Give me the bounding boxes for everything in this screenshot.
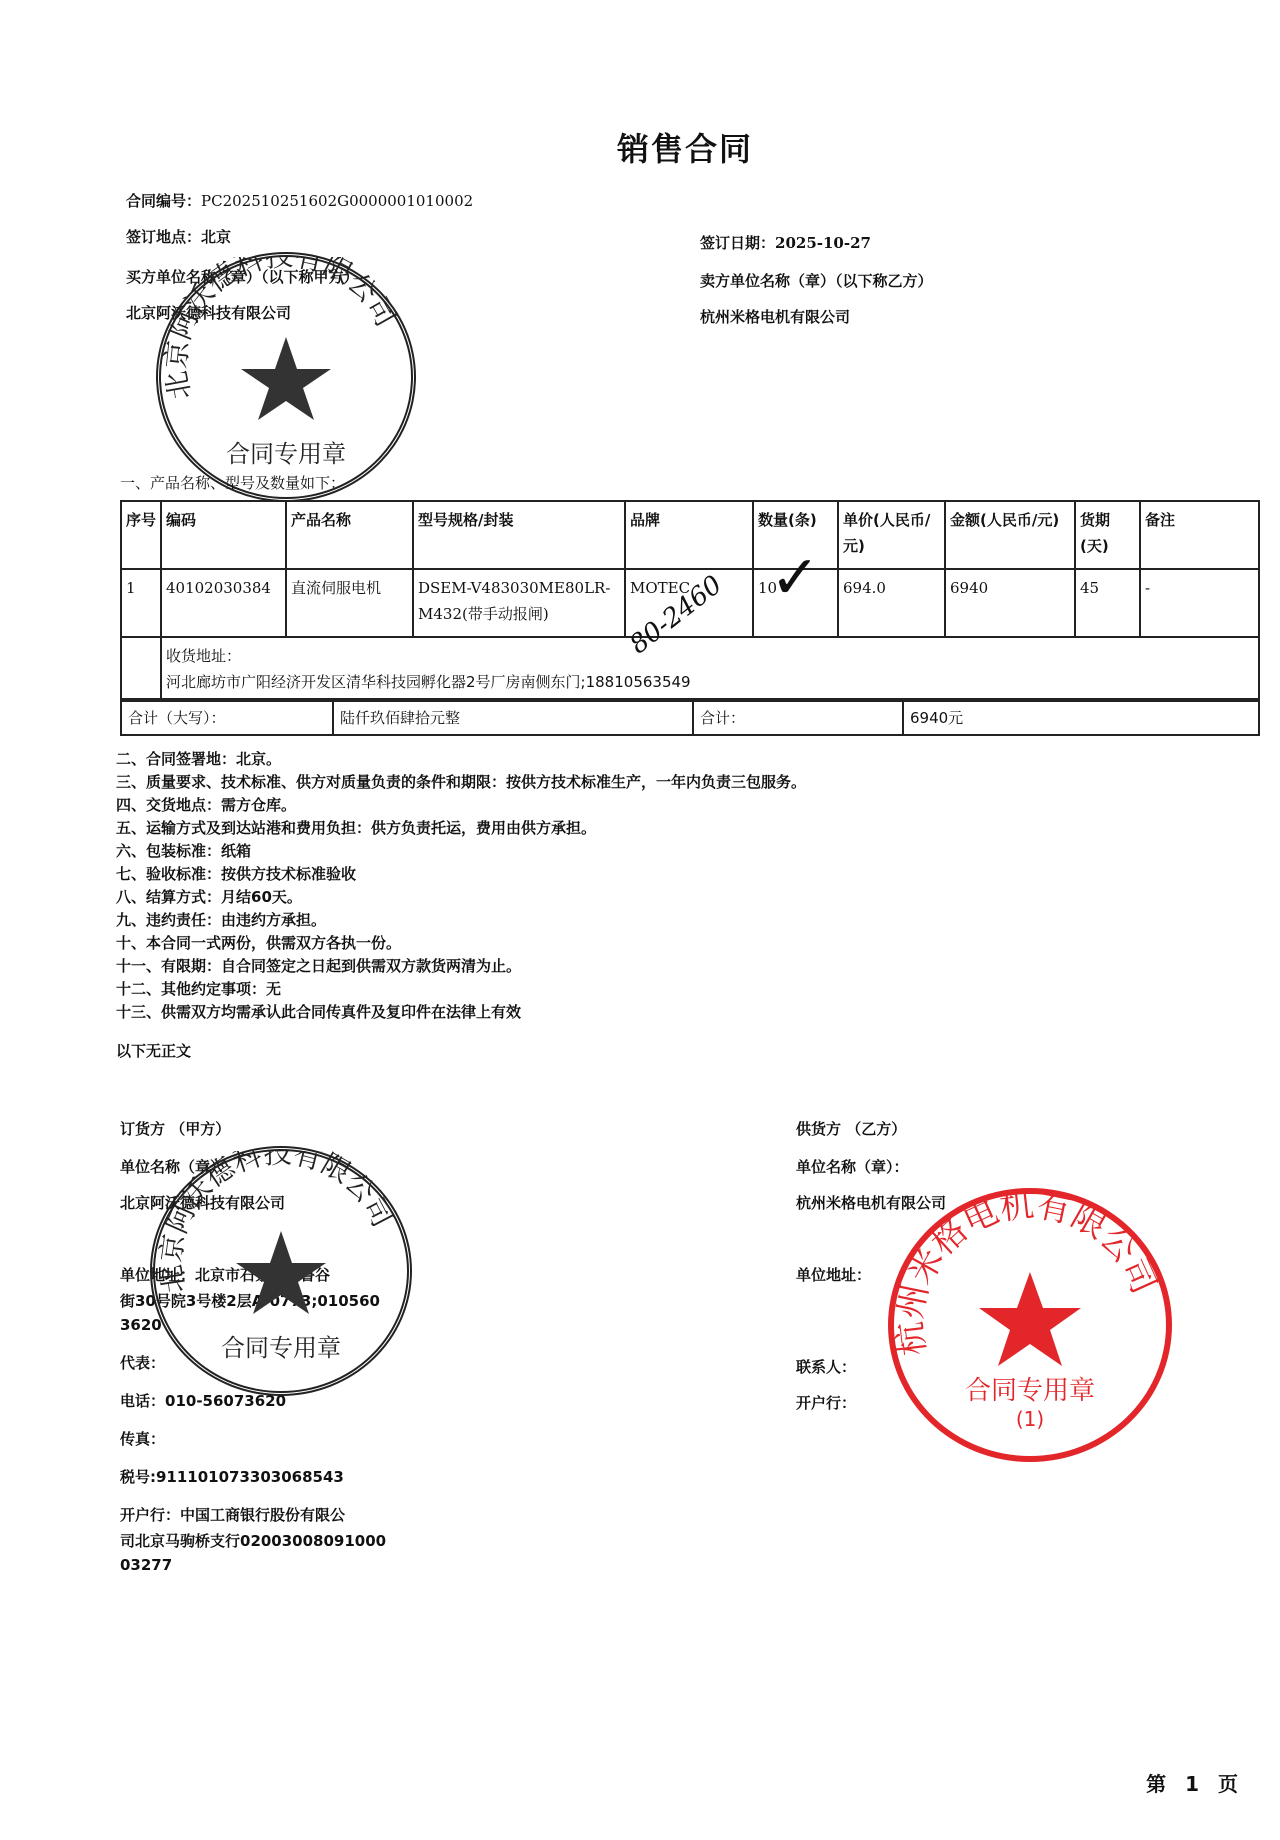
- sign-date-value: 2025-10-27: [775, 234, 871, 252]
- end-of-text: 以下无正文: [116, 1040, 191, 1061]
- col-header-model: 型号规格/封装: [413, 501, 625, 569]
- clause-10: 十、本合同一式两份，供需双方各执一份。: [116, 932, 401, 953]
- buyer-tax-value: 911101073303068543: [156, 1468, 344, 1486]
- buyer-stamp-graphic: 北京阿沃德科技有限公司 合同专用章: [161, 257, 411, 497]
- col-header-product: 产品名称: [286, 501, 413, 569]
- buyer-stamp-top: 北京阿沃德科技有限公司 合同专用章: [156, 252, 416, 502]
- cell-amount: 6940: [945, 569, 1075, 637]
- clause-9: 九、违约责任：由违约方承担。: [116, 909, 326, 930]
- clause-11: 十一、有限期：自合同签定之日起到供需双方款货两清为止。: [116, 955, 521, 976]
- buyer-fax-label: 传真：: [120, 1428, 165, 1449]
- address-label: 收货地址：: [166, 643, 1254, 669]
- cell-unit-price: 694.0: [838, 569, 945, 637]
- cell-seq: 1: [121, 569, 161, 637]
- seller-stamp-sub: 合同专用章: [965, 1376, 1095, 1406]
- clause-2: 二、合同签署地：北京。: [116, 748, 281, 769]
- clause-6: 六、包装标准：纸箱: [116, 840, 251, 861]
- seller-contact-label: 联系人：: [796, 1356, 856, 1377]
- document-title: 销售合同: [0, 124, 1280, 170]
- col-header-lead-time: 货期(天): [1075, 501, 1140, 569]
- table-header-row: 序号 编码 产品名称 型号规格/封装 品牌 数量(条) 单价(人民币/元) 金额…: [121, 501, 1259, 569]
- cell-product: 直流伺服电机: [286, 569, 413, 637]
- total-upper-label: 合计（大写）：: [121, 699, 333, 735]
- section1-heading: 一、产品名称、型号及数量如下：: [120, 472, 345, 493]
- seller-address-label: 单位地址：: [796, 1264, 871, 1285]
- totals-table: 合计（大写）： 陆仟玖佰肆拾元整 合计： 6940元: [120, 698, 1260, 736]
- buyer-stamp-sub-2: 合同专用章: [221, 1334, 341, 1362]
- total-value: 6940元: [903, 699, 1259, 735]
- buyer-stamp-graphic-2: 北京阿沃德科技有限公司 合同专用章: [155, 1151, 407, 1391]
- seller-block-heading: 供货方 （乙方）: [796, 1118, 906, 1139]
- seller-name: 杭州米格电机有限公司: [700, 306, 850, 327]
- cell-model: DSEM-V483030ME80LR-M432(带手动报闸): [413, 569, 625, 637]
- clause-8: 八、结算方式：月结60天。: [116, 886, 302, 907]
- buyer-stamp-sub: 合同专用章: [226, 440, 346, 468]
- buyer-stamp-bottom: 北京阿沃德科技有限公司 合同专用章: [150, 1146, 412, 1396]
- col-header-seq: 序号: [121, 501, 161, 569]
- cell-lead-time: 45: [1075, 569, 1140, 637]
- clause-4: 四、交货地点：需方仓库。: [116, 794, 296, 815]
- page-number: 第 1 页: [1146, 1768, 1244, 1797]
- cell-remark: -: [1140, 569, 1259, 637]
- sign-place: 签订地点：北京: [126, 226, 231, 247]
- col-header-brand: 品牌: [625, 501, 753, 569]
- sign-place-label: 签订地点：: [126, 228, 201, 246]
- total-upper-value: 陆仟玖佰肆拾元整: [333, 699, 693, 735]
- col-header-amount: 金额(人民币/元): [945, 501, 1075, 569]
- seller-unit-name-label: 单位名称（章）：: [796, 1156, 909, 1177]
- contract-number-label: 合同编号：: [126, 192, 201, 210]
- buyer-block-heading: 订货方 （甲方）: [120, 1118, 230, 1139]
- cell-code: 40102030384: [161, 569, 286, 637]
- sign-date: 签订日期：2025-10-27: [700, 232, 871, 253]
- seller-bank-label: 开户行：: [796, 1392, 856, 1413]
- contract-number-value: PC202510251602G0000001010002: [201, 192, 473, 210]
- buyer-bank-label: 开户行：: [120, 1506, 180, 1524]
- seller-label: 卖方单位名称（章）（以下称乙方）: [700, 270, 933, 291]
- sign-place-value: 北京: [201, 228, 231, 246]
- total-label: 合计：: [693, 699, 903, 735]
- col-header-unit-price: 单价(人民币/元): [838, 501, 945, 569]
- col-header-code: 编码: [161, 501, 286, 569]
- seller-stamp-num: (1): [1016, 1407, 1044, 1431]
- address-row: 收货地址： 河北廊坊市广阳经济开发区清华科技园孵化器2号厂房南侧东门;18810…: [121, 637, 1259, 701]
- col-header-remark: 备注: [1140, 501, 1259, 569]
- seller-stamp-graphic: 杭州米格电机有限公司 合同专用章 (1): [894, 1194, 1166, 1456]
- seller-stamp: 杭州米格电机有限公司 合同专用章 (1): [888, 1188, 1172, 1462]
- buyer-bank: 开户行：中国工商银行股份有限公: [120, 1504, 345, 1525]
- clause-13: 十三、供需双方均需承认此合同传真件及复印件在法律上有效: [116, 1001, 521, 1022]
- buyer-tax: 税号:911101073303068543: [120, 1466, 344, 1487]
- contract-number: 合同编号：PC202510251602G0000001010002: [126, 190, 473, 211]
- clause-12: 十二、其他约定事项：无: [116, 978, 281, 999]
- buyer-tax-label: 税号:: [120, 1468, 156, 1486]
- buyer-bank-line3: 03277: [120, 1556, 172, 1574]
- sign-date-label: 签订日期：: [700, 234, 775, 252]
- address-value: 河北廊坊市广阳经济开发区清华科技园孵化器2号厂房南侧东门;18810563549: [166, 669, 1254, 695]
- totals-row: 合计（大写）： 陆仟玖佰肆拾元整 合计： 6940元: [121, 699, 1259, 735]
- check-mark-icon: ✓: [770, 548, 820, 608]
- clause-3: 三、质量要求、技术标准、供方对质量负责的条件和期限：按供方技术标准生产，一年内负…: [116, 771, 806, 792]
- buyer-phone-label: 电话：: [120, 1392, 165, 1410]
- clause-7: 七、验收标准：按供方技术标准验收: [116, 863, 356, 884]
- buyer-bank-line1: 中国工商银行股份有限公: [180, 1506, 345, 1524]
- buyer-bank-line2: 司北京马驹桥支行02003008091000: [120, 1530, 386, 1551]
- clause-5: 五、运输方式及到达站港和费用负担：供方负责托运，费用由供方承担。: [116, 817, 596, 838]
